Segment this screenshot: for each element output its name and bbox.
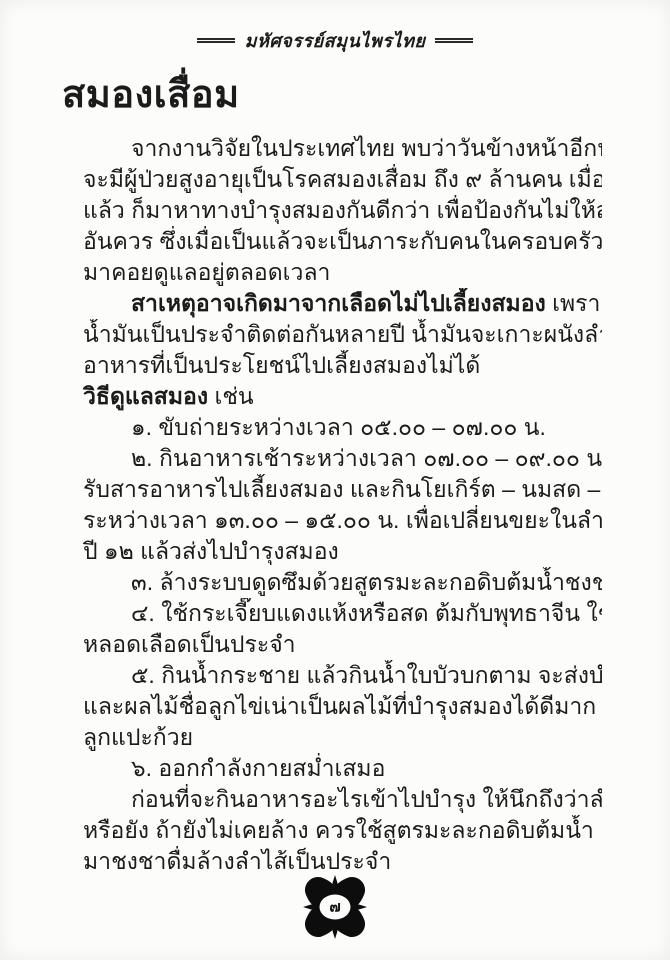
text-run: หรือยัง ถ้ายังไม่เคยล้าง ควรใช้สูตรมะละก… — [83, 817, 602, 843]
running-head-title: มหัศจรรย์สมุนไพรไทย — [245, 26, 426, 55]
double-rule-left — [197, 38, 235, 43]
text-run: หลอดเลือดเป็นประจำ — [83, 631, 296, 657]
text-line: ก่อนที่จะกินอาหารอะไรเข้าไปบำรุง ให้นึกถ… — [83, 784, 602, 815]
bold-run: วิธีดูแลสมอง — [83, 383, 208, 409]
text-line: ๒. กินอาหารเช้าระหว่างเวลา ๐๗.๐๐ – ๐๙.๐๐… — [83, 443, 602, 474]
text-run: น้ำมันเป็นประจำติดต่อกันหลายปี น้ำมันจะเ… — [83, 321, 602, 347]
text-run: เพราะกินอาหารผัด — [546, 290, 602, 316]
text-line: วิธีดูแลสมอง เช่น — [83, 381, 602, 412]
text-run: ก่อนที่จะกินอาหารอะไรเข้าไปบำรุง ให้นึกถ… — [131, 786, 602, 812]
text-run: ๖. ออกกำลังกายสม่ำเสมอ — [131, 755, 385, 781]
text-line: จะมีผู้ป่วยสูงอายุเป็นโรคสมองเสื่อม ถึง … — [83, 164, 602, 195]
text-line: ๑. ขับถ่ายระหว่างเวลา ๐๕.๐๐ – ๐๗.๐๐ น. — [83, 412, 602, 443]
text-line: จากงานวิจัยในประเทศไทย พบว่าวันข้างหน้าอ… — [83, 133, 602, 164]
page-number: ๗ — [329, 895, 340, 919]
text-run: และผลไม้ชื่อลูกไข่เน่าเป็นผลไม้ที่บำรุงส… — [83, 693, 602, 719]
text-run: ๒. กินอาหารเช้าระหว่างเวลา ๐๗.๐๐ – ๐๙.๐๐… — [131, 445, 602, 471]
text-run: จากงานวิจัยในประเทศไทย พบว่าวันข้างหน้าอ… — [131, 135, 602, 161]
text-line: ๕. กินน้ำกระชาย แล้วกินน้ำใบบัวบกตาม จะส… — [83, 660, 602, 691]
text-run: อาหารที่เป็นประโยชน์ไปเลี้ยงสมองไม่ได้ — [83, 352, 480, 378]
text-line: สาเหตุอาจเกิดมาจากเลือดไม่ไปเลี้ยงสมอง เ… — [83, 288, 602, 319]
text-run: ๑. ขับถ่ายระหว่างเวลา ๐๕.๐๐ – ๐๗.๐๐ น. — [131, 414, 546, 440]
text-run: ปี ๑๒ แล้วส่งไปบำรุงสมอง — [83, 538, 339, 564]
book-page: มหัศจรรย์สมุนไพรไทย สมองเสื่อม จากงานวิจ… — [0, 0, 670, 960]
text-line: หลอดเลือดเป็นประจำ — [83, 629, 602, 660]
double-rule-right — [435, 38, 473, 43]
text-line: และผลไม้ชื่อลูกไข่เน่าเป็นผลไม้ที่บำรุงส… — [83, 691, 602, 722]
text-line: ๓. ล้างระบบดูดซึมด้วยสูตรมะละกอดิบต้มน้ำ… — [83, 567, 602, 598]
text-line: อันควร ซึ่งเมื่อเป็นแล้วจะเป็นภาระกับคนใ… — [83, 226, 602, 257]
text-line: แล้ว ก็มาหาทางบำรุงสมองกันดีกว่า เพื่อป้… — [83, 195, 602, 226]
running-head: มหัศจรรย์สมุนไพรไทย — [0, 0, 670, 55]
text-line: ๖. ออกกำลังกายสม่ำเสมอ — [83, 753, 602, 784]
text-run: เช่น — [208, 383, 254, 409]
text-line: รับสารอาหารไปเลี้ยงสมอง และกินโยเกิร์ต –… — [83, 474, 602, 505]
bold-run: สาเหตุอาจเกิดมาจากเลือดไม่ไปเลี้ยงสมอง — [131, 290, 546, 316]
text-run: ๕. กินน้ำกระชาย แล้วกินน้ำใบบัวบกตาม จะส… — [131, 662, 602, 688]
text-line: น้ำมันเป็นประจำติดต่อกันหลายปี น้ำมันจะเ… — [83, 319, 602, 350]
text-line: ลูกแปะก้วย — [83, 722, 602, 753]
text-line: ระหว่างเวลา ๑๓.๐๐ – ๑๕.๐๐ น. เพื่อเปลี่ย… — [83, 505, 602, 536]
page-footer: ๗ — [0, 872, 670, 942]
text-line: ๔. ใช้กระเจี๊ยบแดงแห้งหรือสด ต้มกับพุทธา… — [83, 598, 602, 629]
text-run: มาคอยดูแลอยู่ตลอดเวลา — [83, 259, 330, 285]
lotus-flower-ornament: ๗ — [285, 872, 385, 942]
text-line: อาหารที่เป็นประโยชน์ไปเลี้ยงสมองไม่ได้ — [83, 350, 602, 381]
text-run: แล้ว ก็มาหาทางบำรุงสมองกันดีกว่า เพื่อป้… — [83, 197, 602, 223]
text-run: ๔. ใช้กระเจี๊ยบแดงแห้งหรือสด ต้มกับพุทธา… — [131, 600, 602, 626]
text-run: ๓. ล้างระบบดูดซึมด้วยสูตรมะละกอดิบต้มน้ำ… — [131, 569, 602, 595]
page-title: สมองเสื่อม — [62, 73, 670, 117]
text-line: หรือยัง ถ้ายังไม่เคยล้าง ควรใช้สูตรมะละก… — [83, 815, 602, 846]
text-run: รับสารอาหารไปเลี้ยงสมอง และกินโยเกิร์ต –… — [83, 476, 602, 502]
text-run: มาชงชาดื่มล้างลำไส้เป็นประจำ — [83, 848, 391, 874]
text-line: มาคอยดูแลอยู่ตลอดเวลา — [83, 257, 602, 288]
text-run: อันควร ซึ่งเมื่อเป็นแล้วจะเป็นภาระกับคนใ… — [83, 228, 602, 254]
text-run: ระหว่างเวลา ๑๓.๐๐ – ๑๕.๐๐ น. เพื่อเปลี่ย… — [83, 507, 602, 533]
text-run: ลูกแปะก้วย — [83, 724, 193, 750]
body-lines: จากงานวิจัยในประเทศไทย พบว่าวันข้างหน้าอ… — [0, 133, 670, 877]
text-line: ปี ๑๒ แล้วส่งไปบำรุงสมอง — [83, 536, 602, 567]
text-run: จะมีผู้ป่วยสูงอายุเป็นโรคสมองเสื่อม ถึง … — [83, 166, 602, 192]
